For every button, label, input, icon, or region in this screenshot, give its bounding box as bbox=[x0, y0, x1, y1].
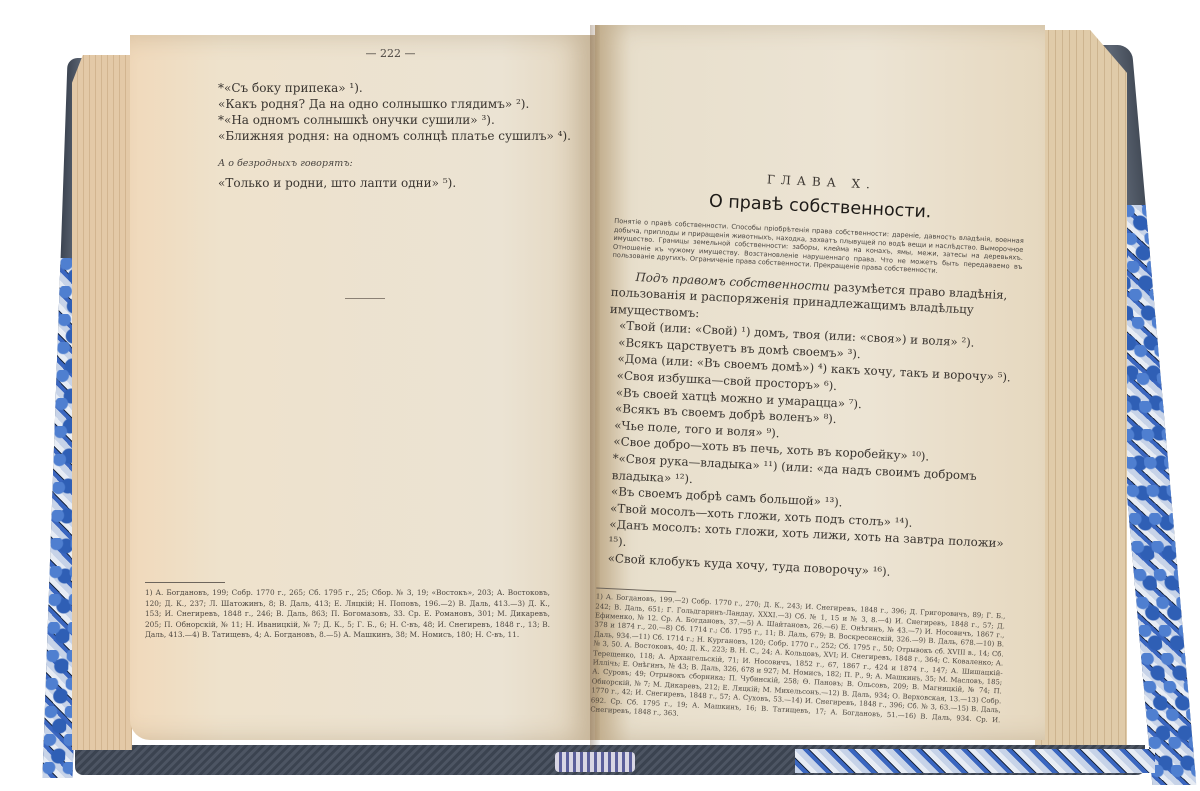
section-note: А о безродныхъ говорятъ: bbox=[218, 158, 563, 169]
body-text: Подъ правомъ собственности разумѣется пр… bbox=[597, 267, 1021, 585]
proverb-line: «Какъ родня? Да на одно солнышко глядимъ… bbox=[218, 96, 563, 112]
page-edges-right bbox=[1035, 30, 1127, 745]
footnote-rule bbox=[145, 582, 225, 583]
divider bbox=[345, 298, 385, 299]
page-edges-left bbox=[72, 55, 132, 750]
book-gutter bbox=[590, 25, 600, 750]
proverb-line: «Только и родни, што лапти одни» ⁵). bbox=[218, 175, 563, 191]
footnotes: 1) А. Богдановъ, 199; Собр. 1770 г., 265… bbox=[145, 588, 550, 641]
proverb-line: *«Съ боку припека» ¹). bbox=[218, 80, 563, 96]
proverb-line: «Ближняя родня: на одномъ солнцѣ платье … bbox=[218, 128, 563, 144]
headband bbox=[555, 752, 635, 772]
page-number: — 222 — bbox=[218, 47, 563, 60]
marbled-pattern bbox=[795, 749, 1155, 773]
footnotes: 1) А. Богдановъ, 199.—2) Собр. 1770 г., … bbox=[590, 593, 1005, 735]
right-page: ГЛАВА X. О правѣ собственности. Понятіе … bbox=[595, 25, 1045, 740]
left-page: — 222 — *«Съ боку припека» ¹). «Какъ род… bbox=[130, 35, 595, 740]
footnote-rule bbox=[596, 588, 676, 593]
proverb-line: *«На одномъ солнышкѣ онучки сушили» ³). bbox=[218, 112, 563, 128]
